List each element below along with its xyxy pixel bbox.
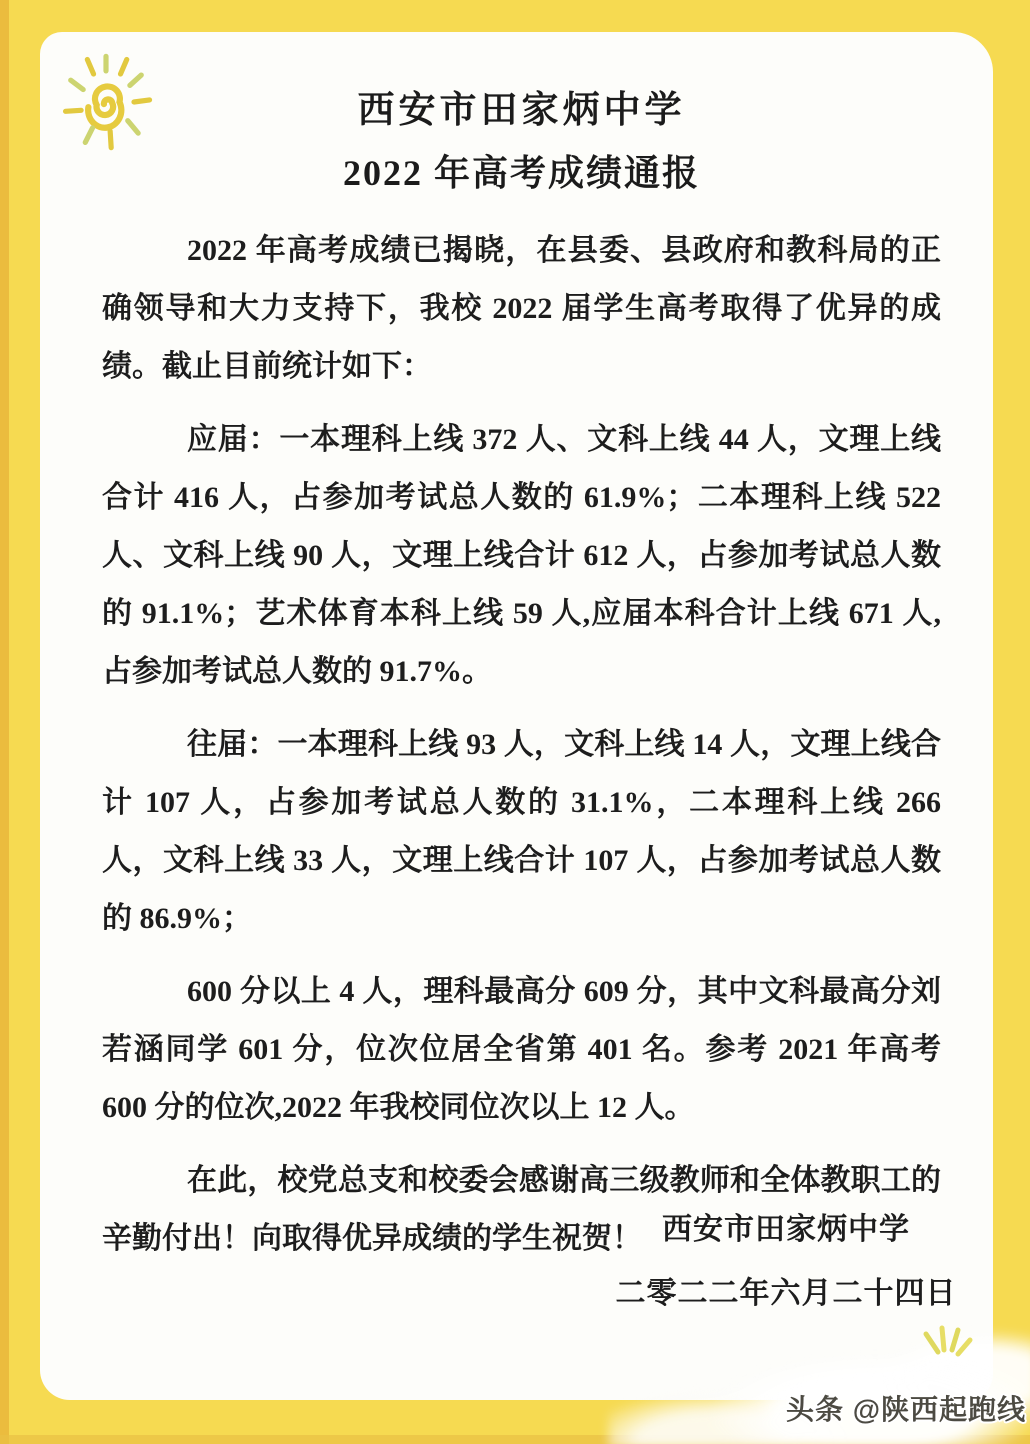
school-title: 西安市田家炳中学 <box>102 88 941 134</box>
screenshot-root: { "page": { "background_color": "#F6DA51… <box>0 0 1030 1444</box>
signature-school: 西安市田家炳中学 <box>606 1212 966 1248</box>
paragraph-former-grads: 往届：一本理科上线 93 人，文科上线 14 人，文理上线合计 107 人，占参… <box>102 716 941 948</box>
sun-icon <box>54 46 158 163</box>
paragraph-intro: 2022 年高考成绩已揭晓，在县委、县政府和教科局的正确领导和大力支持下，我校 … <box>102 222 941 396</box>
small-sun-icon <box>900 1312 990 1369</box>
notice-title: 2022 年高考成绩通报 <box>102 150 941 196</box>
notice-card: 西安市田家炳中学 2022 年高考成绩通报 2022 年高考成绩已揭晓，在县委、… <box>40 32 993 1400</box>
signature-date: 二零二二年六月二十四日 <box>606 1276 966 1312</box>
watermark-text: 头条 @陕西起跑线 <box>786 1388 1026 1428</box>
left-edge-strip <box>0 0 9 1444</box>
paragraph-top-scores: 600 分以上 4 人，理科最高分 609 分，其中文科最高分刘若涵同学 601… <box>102 963 941 1137</box>
notice-body: 2022 年高考成绩已揭晓，在县委、县政府和教科局的正确领导和大力支持下，我校 … <box>102 222 941 1268</box>
paragraph-current-grads: 应届：一本理科上线 372 人、文科上线 44 人，文理上线合计 416 人，占… <box>102 411 941 701</box>
signature-block: 西安市田家炳中学 二零二二年六月二十四日 <box>606 1212 966 1312</box>
